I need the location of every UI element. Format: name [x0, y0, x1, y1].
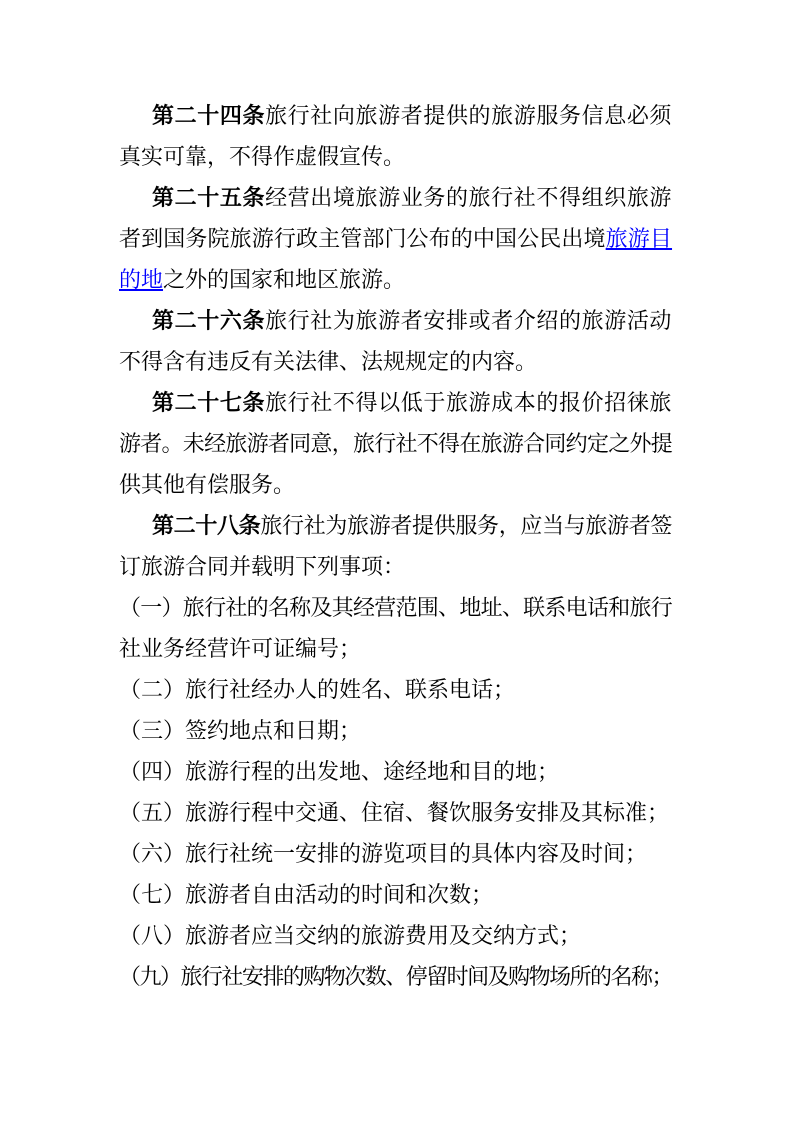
text-run: （六）旅行社统一安排的游览项目的具体内容及时间； — [119, 841, 647, 866]
document-page: 第二十四条旅行社向旅游者提供的旅游服务信息必须真实可靠，不得作虚假宣传。第二十五… — [0, 0, 793, 1122]
text-line: 订旅游合同并载明下列事项： — [119, 546, 672, 587]
list-item-paragraph: （九）旅行社安排的购物次数、停留时间及购物场所的名称； — [119, 956, 672, 997]
text-run: 经营出境旅游业务的旅行社不得组织旅游 — [265, 185, 672, 210]
text-run: 之外的国家和地区旅游。 — [163, 267, 405, 292]
article-number: 第二十七条 — [152, 390, 265, 415]
text-run: （九）旅行社安排的购物次数、停留时间及购物场所的名称； — [119, 964, 672, 989]
text-line: 第二十八条旅行社为旅游者提供服务，应当与旅游者签 — [119, 505, 672, 546]
text-line: 第二十五条经营出境旅游业务的旅行社不得组织旅游 — [119, 177, 672, 218]
list-item-paragraph: （五）旅游行程中交通、住宿、餐饮服务安排及其标准； — [119, 792, 672, 833]
text-run: 旅行社不得以低于旅游成本的报价招徕旅 — [265, 390, 672, 415]
article-paragraph: 第二十五条经营出境旅游业务的旅行社不得组织旅游者到国务院旅游行政主管部门公布的中… — [119, 177, 672, 300]
text-run: 旅行社为旅游者提供服务，应当与旅游者签 — [260, 513, 672, 538]
text-line: 游者。未经旅游者同意，旅行社不得在旅游合同约定之外提 — [119, 423, 672, 464]
text-line: 第二十六条旅行社为旅游者安排或者介绍的旅游活动 — [119, 300, 672, 341]
article-paragraph: 第二十四条旅行社向旅游者提供的旅游服务信息必须真实可靠，不得作虚假宣传。 — [119, 95, 672, 177]
article-paragraph: 第二十八条旅行社为旅游者提供服务，应当与旅游者签订旅游合同并载明下列事项： — [119, 505, 672, 587]
article-number: 第二十四条 — [152, 103, 265, 128]
text-line: 第二十四条旅行社向旅游者提供的旅游服务信息必须 — [119, 95, 672, 136]
text-run: （四）旅游行程的出发地、途经地和目的地； — [119, 759, 559, 784]
text-line: 供其他有偿服务。 — [119, 464, 672, 505]
article-paragraph: 第二十六条旅行社为旅游者安排或者介绍的旅游活动不得含有违反有关法律、法规规定的内… — [119, 300, 672, 382]
text-line: （三）签约地点和日期； — [119, 710, 672, 751]
text-line: （四）旅游行程的出发地、途经地和目的地； — [119, 751, 672, 792]
text-run: 游者。未经旅游者同意，旅行社不得在旅游合同约定之外提 — [119, 431, 672, 456]
text-line: 第二十七条旅行社不得以低于旅游成本的报价招徕旅 — [119, 382, 672, 423]
text-run: （二）旅行社经办人的姓名、联系电话； — [119, 677, 515, 702]
text-run: 不得含有违反有关法律、法规规定的内容。 — [119, 349, 537, 374]
text-run: 旅行社向旅游者提供的旅游服务信息必须 — [265, 103, 672, 128]
travel-destination-link[interactable]: 旅游目 — [606, 226, 672, 251]
list-item-paragraph: （二）旅行社经办人的姓名、联系电话； — [119, 669, 672, 710]
text-run: 旅行社为旅游者安排或者介绍的旅游活动 — [265, 308, 672, 333]
list-item-paragraph: （三）签约地点和日期； — [119, 710, 672, 751]
list-item-paragraph: （七）旅游者自由活动的时间和次数； — [119, 874, 672, 915]
article-number: 第二十六条 — [152, 308, 265, 333]
text-line: （八）旅游者应当交纳的旅游费用及交纳方式； — [119, 915, 672, 956]
text-line: 社业务经营许可证编号； — [119, 628, 672, 669]
list-item-paragraph: （一）旅行社的名称及其经营范围、地址、联系电话和旅行社业务经营许可证编号； — [119, 587, 672, 669]
text-run: （五）旅游行程中交通、住宿、餐饮服务安排及其标准； — [119, 800, 669, 825]
text-line: 者到国务院旅游行政主管部门公布的中国公民出境旅游目 — [119, 218, 672, 259]
text-run: 供其他有偿服务。 — [119, 472, 295, 497]
text-line: （九）旅行社安排的购物次数、停留时间及购物场所的名称； — [119, 956, 672, 997]
document-body: 第二十四条旅行社向旅游者提供的旅游服务信息必须真实可靠，不得作虚假宣传。第二十五… — [119, 95, 672, 997]
article-paragraph: 第二十七条旅行社不得以低于旅游成本的报价招徕旅游者。未经旅游者同意，旅行社不得在… — [119, 382, 672, 505]
list-item-paragraph: （四）旅游行程的出发地、途经地和目的地； — [119, 751, 672, 792]
text-line: （二）旅行社经办人的姓名、联系电话； — [119, 669, 672, 710]
travel-destination-link[interactable]: 的地 — [119, 267, 163, 292]
text-run: （三）签约地点和日期； — [119, 718, 361, 743]
text-line: 真实可靠，不得作虚假宣传。 — [119, 136, 672, 177]
text-line: 不得含有违反有关法律、法规规定的内容。 — [119, 341, 672, 382]
list-item-paragraph: （六）旅行社统一安排的游览项目的具体内容及时间； — [119, 833, 672, 874]
list-item-paragraph: （八）旅游者应当交纳的旅游费用及交纳方式； — [119, 915, 672, 956]
article-number: 第二十五条 — [152, 185, 265, 210]
text-line: （六）旅行社统一安排的游览项目的具体内容及时间； — [119, 833, 672, 874]
text-run: 者到国务院旅游行政主管部门公布的中国公民出境 — [119, 226, 606, 251]
text-line: （五）旅游行程中交通、住宿、餐饮服务安排及其标准； — [119, 792, 672, 833]
text-run: （八）旅游者应当交纳的旅游费用及交纳方式； — [119, 923, 581, 948]
text-run: 真实可靠，不得作虚假宣传。 — [119, 144, 405, 169]
text-run: （七）旅游者自由活动的时间和次数； — [119, 882, 493, 907]
text-line: （一）旅行社的名称及其经营范围、地址、联系电话和旅行 — [119, 587, 672, 628]
text-run: 订旅游合同并载明下列事项： — [119, 554, 405, 579]
text-run: （一）旅行社的名称及其经营范围、地址、联系电话和旅行 — [119, 595, 672, 620]
text-run: 社业务经营许可证编号； — [119, 636, 361, 661]
article-number: 第二十八条 — [152, 513, 260, 538]
text-line: （七）旅游者自由活动的时间和次数； — [119, 874, 672, 915]
text-line: 的地之外的国家和地区旅游。 — [119, 259, 672, 300]
